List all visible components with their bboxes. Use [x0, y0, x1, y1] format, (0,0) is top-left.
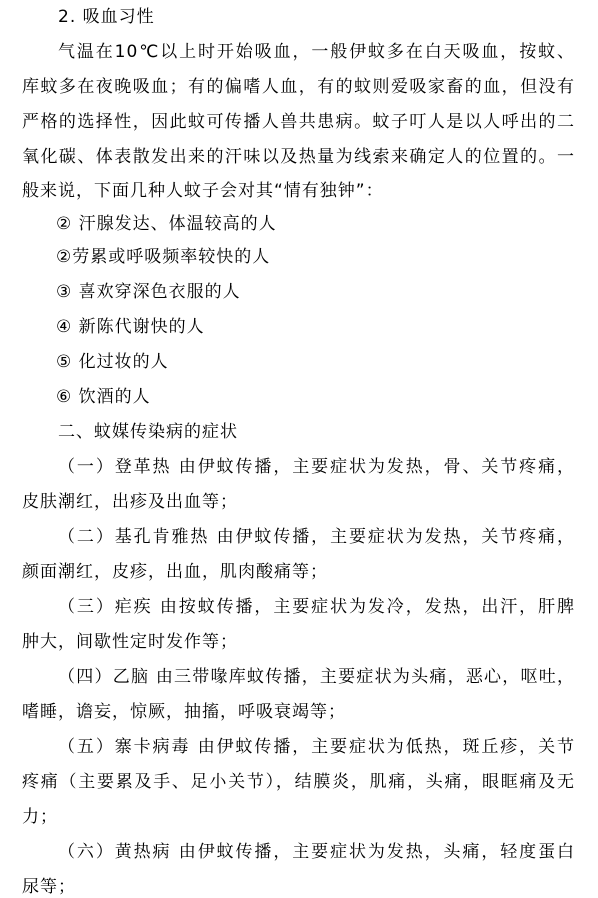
disease-line: （一）登革热 由伊蚊传播，主要症状为发热，骨、关节疼痛， [58, 450, 575, 485]
disease-line: （三）疟疾 由按蚊传播，主要症状为发冷，发热，出汗，肝脾 [58, 590, 575, 625]
paragraph-line: 氧化碳、体表散发出来的汗味以及热量为线索来确定人的位置的。一 [22, 140, 575, 175]
disease-line: （六）黄热病 由伊蚊传播，主要症状为发热，头痛，轻度蛋白 [58, 835, 575, 870]
disease-line: 皮肤潮红，出疹及出血等； [22, 485, 575, 520]
list-item: ②劳累或呼吸频率较快的人 [56, 240, 270, 275]
disease-line: 颜面潮红，皮疹，出血，肌肉酸痛等； [22, 555, 575, 590]
paragraph-line: 库蚊多在夜晚吸血；有的偏嗜人血，有的蚊则爱吸家畜的血，但没有 [22, 70, 575, 105]
list-item: ⑥ 饮酒的人 [56, 380, 151, 415]
disease-line: 疼痛（主要累及手、足小关节），结膜炎，肌痛，头痛，眼眶痛及无 [22, 765, 575, 800]
paragraph-line: 严格的选择性，因此蚊可传播人兽共患病。蚊子叮人是以人呼出的二 [22, 105, 575, 140]
list-item: ⑤ 化过妆的人 [56, 345, 169, 380]
disease-line: （五）寨卡病毒 由伊蚊传播，主要症状为低热，斑丘疹，关节 [58, 730, 575, 765]
list-item: ③ 喜欢穿深色衣服的人 [56, 275, 241, 310]
disease-line: （四）乙脑 由三带喙库蚊传播，主要症状为头痛，恶心，呕吐， [58, 660, 575, 695]
paragraph-line: 气温在10℃以上时开始吸血，一般伊蚊多在白天吸血，按蚊、 [58, 35, 575, 70]
document-page: 2. 吸血习性 气温在10℃以上时开始吸血，一般伊蚊多在白天吸血，按蚊、 库蚊多… [0, 0, 598, 898]
list-item: ② 汗腺发达、体温较高的人 [56, 207, 277, 242]
list-item: ④ 新陈代谢快的人 [56, 310, 205, 345]
disease-line: （二）基孔肯雅热 由伊蚊传播，主要症状为发热，关节疼痛， [58, 520, 575, 555]
disease-line: 力； [22, 800, 575, 835]
paragraph-line: 般来说，下面几种人蚊子会对其“情有独钟”： [22, 174, 575, 209]
disease-line: 肿大，间歇性定时发作等； [22, 625, 575, 660]
section-heading-symptoms: 二、蚊媒传染病的症状 [58, 415, 575, 450]
section-heading-blood-feeding-habit: 2. 吸血习性 [58, 0, 575, 35]
disease-line: 尿等； [22, 870, 575, 898]
disease-line: 嗜睡，谵妄，惊厥，抽搐，呼吸衰竭等； [22, 695, 575, 730]
